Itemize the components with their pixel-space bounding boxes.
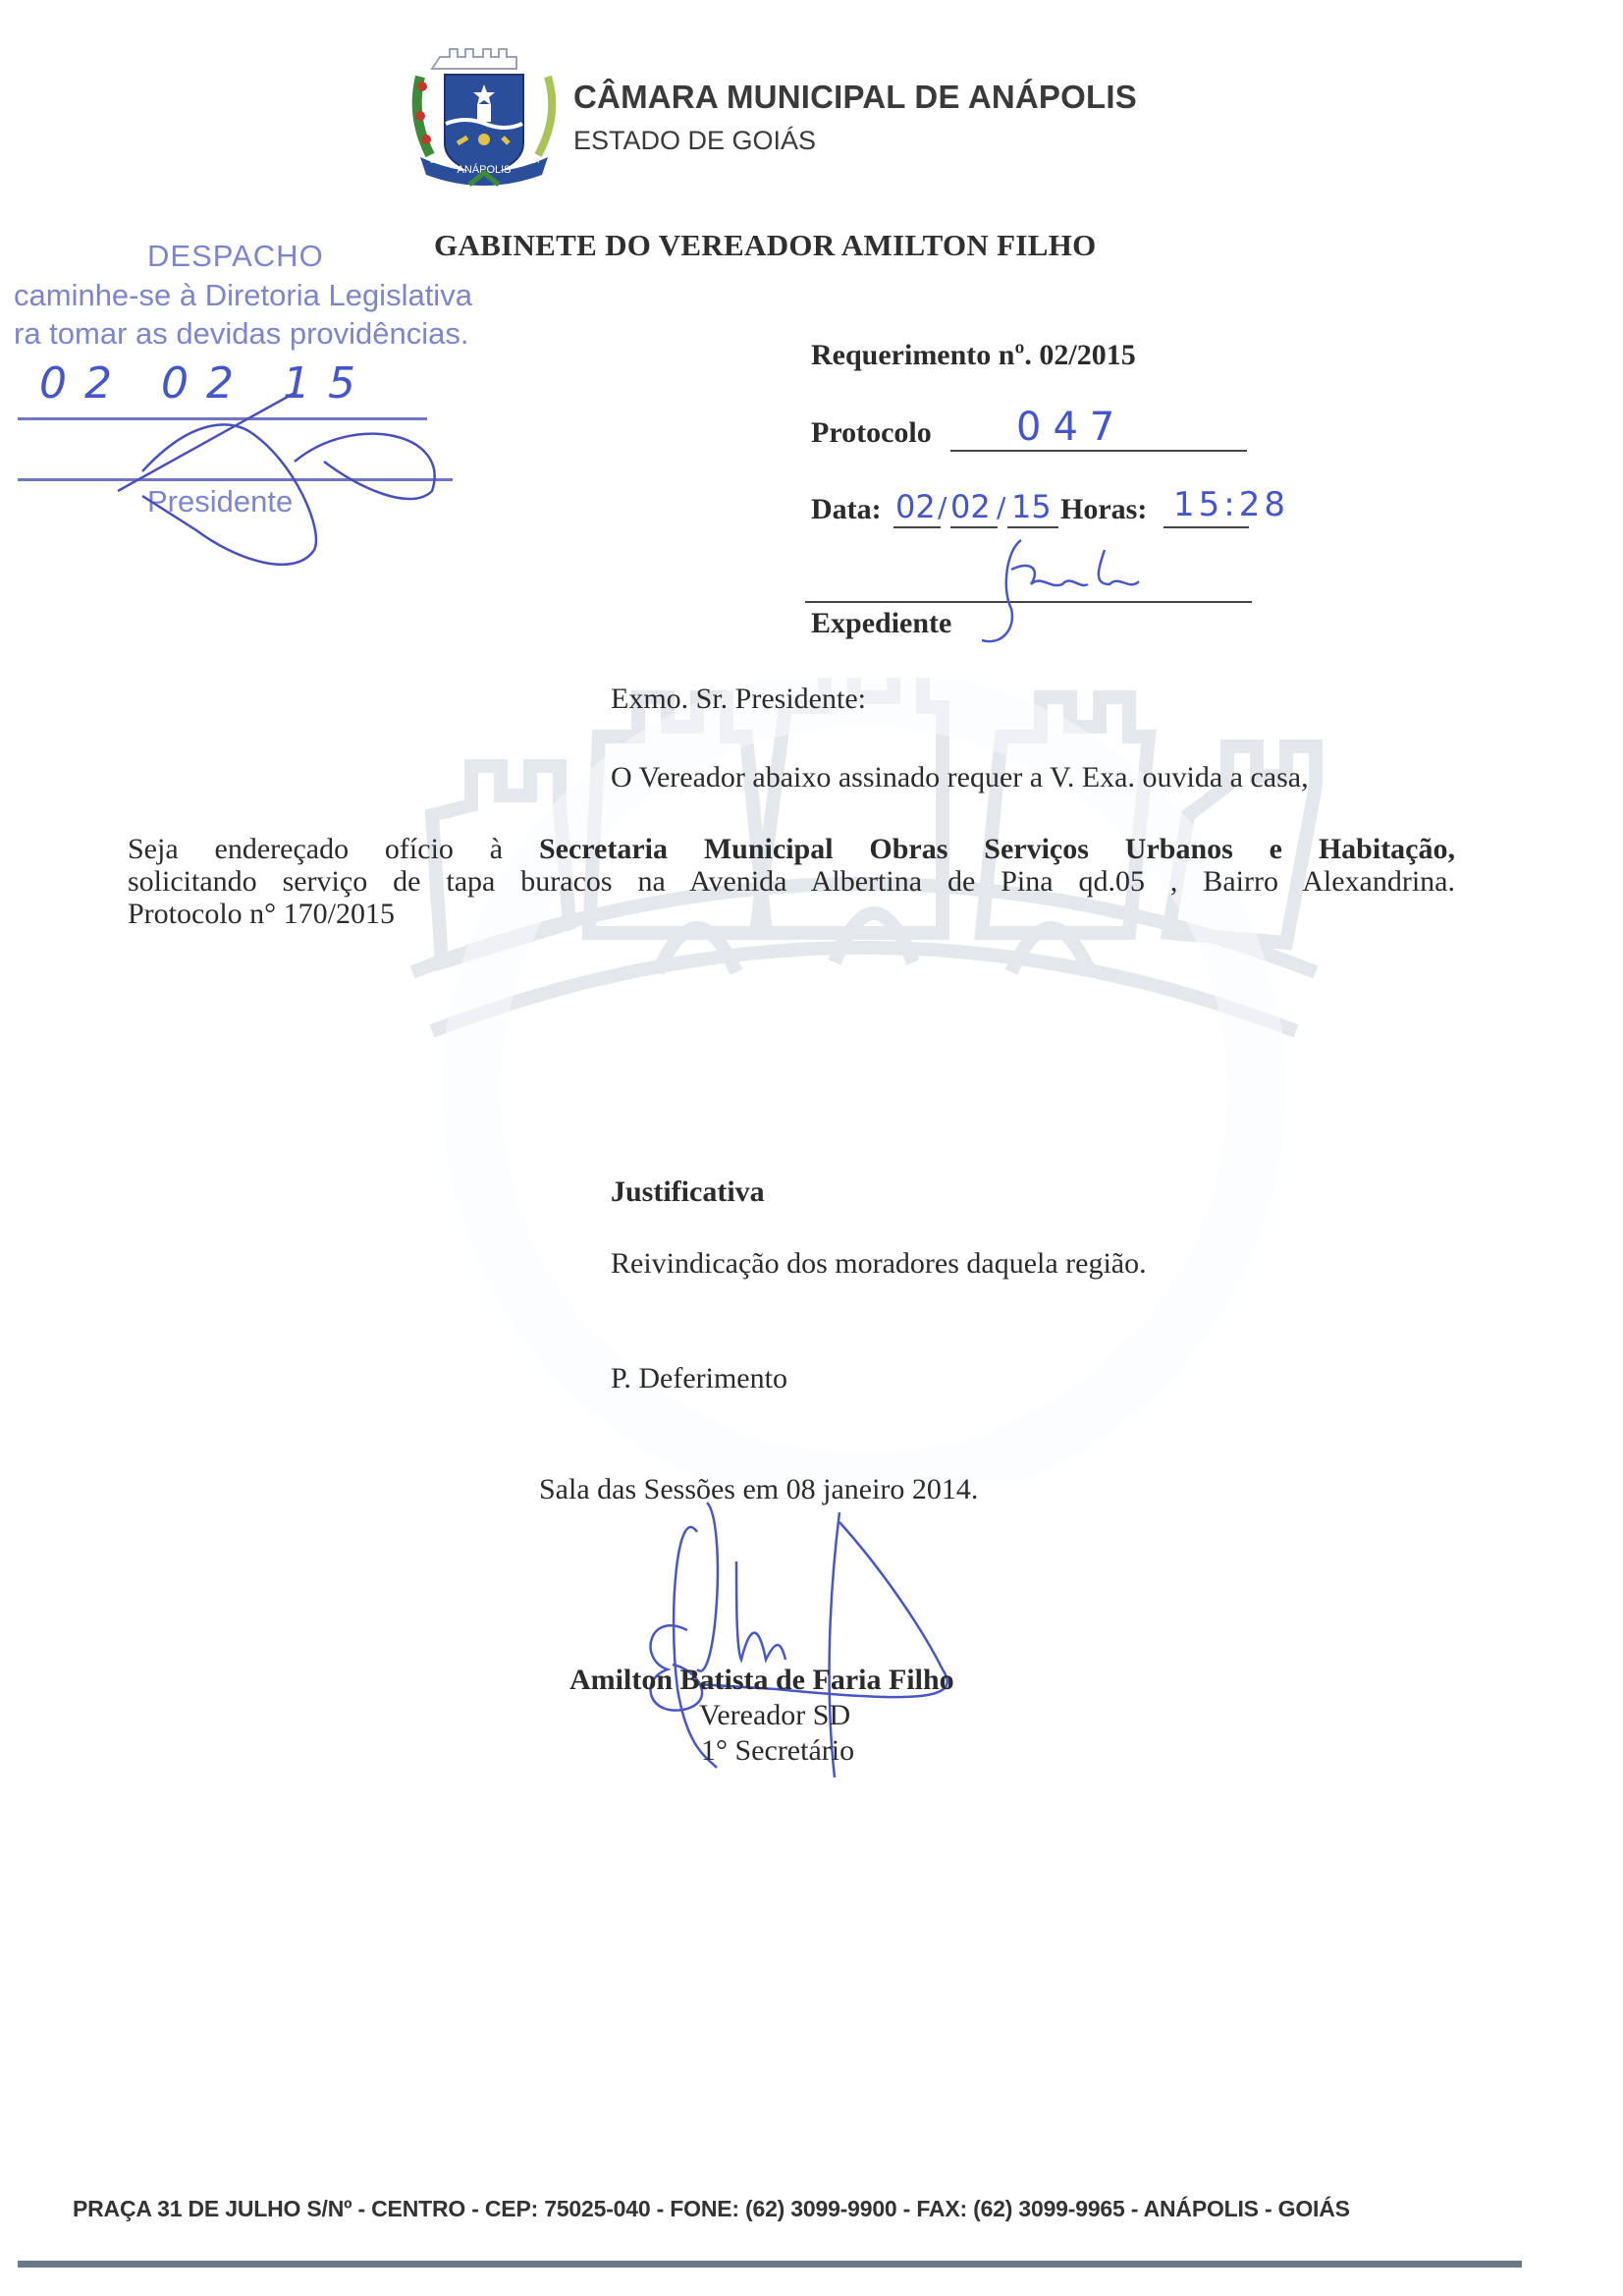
stamp-signature-label: Presidente bbox=[147, 484, 293, 519]
castle-watermark-icon bbox=[373, 678, 1355, 1483]
date-year-line bbox=[1007, 526, 1058, 528]
hours-field-line bbox=[1163, 526, 1249, 528]
footer-bar bbox=[18, 2261, 1522, 2268]
request-paragraph-line-2: solicitando serviço de tapa buracos na A… bbox=[128, 865, 1455, 898]
date-month-value: 02 bbox=[950, 488, 991, 525]
stamp-text-line-2: ra tomar as devidas providências. bbox=[14, 316, 469, 352]
secretariat-name: Secretaria Municipal Obras Serviços Urba… bbox=[539, 833, 1455, 865]
organization-state: ESTADO DE GOIÁS bbox=[573, 126, 816, 156]
date-separator: / bbox=[997, 491, 1005, 523]
date-day-line bbox=[893, 526, 941, 528]
justification-text: Reivindicação dos moradores daquela regi… bbox=[611, 1247, 1147, 1281]
justification-title: Justificativa bbox=[611, 1175, 765, 1209]
organization-name: CÂMARA MUNICIPAL DE ANÁPOLIS bbox=[573, 79, 1137, 116]
place-and-date: Sala das Sessões em 08 janeiro 2014. bbox=[539, 1473, 978, 1506]
request-paragraph-line-3: Protocolo n° 170/2015 bbox=[128, 898, 1455, 930]
date-separator: / bbox=[938, 491, 947, 523]
date-year-value: 15 bbox=[1011, 488, 1052, 525]
request-number: Requerimento nº. 02/2015 bbox=[811, 339, 1136, 372]
signatory-role: Vereador SD bbox=[699, 1699, 850, 1732]
signatory-title: 1° Secretário bbox=[701, 1734, 854, 1768]
signatory-name: Amilton Batista de Faria Filho bbox=[569, 1664, 954, 1697]
intro-text: O Vereador abaixo assinado requer a V. E… bbox=[611, 761, 1309, 794]
coat-of-arms-logo-icon: ANÁPOLIS 31-7 1907 bbox=[401, 37, 568, 194]
protocol-label: Protocolo bbox=[811, 416, 932, 450]
stamp-date-line bbox=[18, 417, 427, 420]
svg-text:1907: 1907 bbox=[523, 156, 541, 165]
protocol-field-line bbox=[950, 450, 1247, 452]
svg-text:31-7: 31-7 bbox=[430, 156, 447, 165]
hours-value: 15:28 bbox=[1173, 485, 1289, 524]
request-paragraph: Seja endereçado ofício à Secretaria Muni… bbox=[128, 833, 1455, 930]
date-label: Data: bbox=[811, 493, 882, 526]
protocol-value: 047 bbox=[1016, 405, 1126, 450]
date-day-value: 02 bbox=[895, 488, 936, 525]
cabinet-title: GABINETE DO VEREADOR AMILTON FILHO bbox=[434, 228, 1097, 263]
stamp-title: DESPACHO bbox=[147, 239, 324, 274]
expediente-signature-line bbox=[805, 601, 1252, 603]
stamp-text-line-1: caminhe-se à Diretoria Legislativa bbox=[14, 278, 472, 313]
request-paragraph-line-1: Seja endereçado ofício à Secretaria Muni… bbox=[128, 833, 1455, 865]
stamp-handwritten-date: 02 02 15 bbox=[39, 358, 373, 409]
salutation: Exmo. Sr. Presidente: bbox=[611, 683, 866, 716]
hours-label: Horas: bbox=[1060, 493, 1147, 526]
stamp-signature-line bbox=[18, 478, 453, 481]
date-month-line bbox=[950, 526, 998, 528]
footer-address: PRAÇA 31 DE JULHO S/Nº - CENTRO - CEP: 7… bbox=[73, 2196, 1350, 2222]
expediente-signature-icon bbox=[972, 530, 1227, 658]
closing-text: P. Deferimento bbox=[611, 1362, 787, 1395]
expediente-label: Expediente bbox=[811, 607, 951, 640]
